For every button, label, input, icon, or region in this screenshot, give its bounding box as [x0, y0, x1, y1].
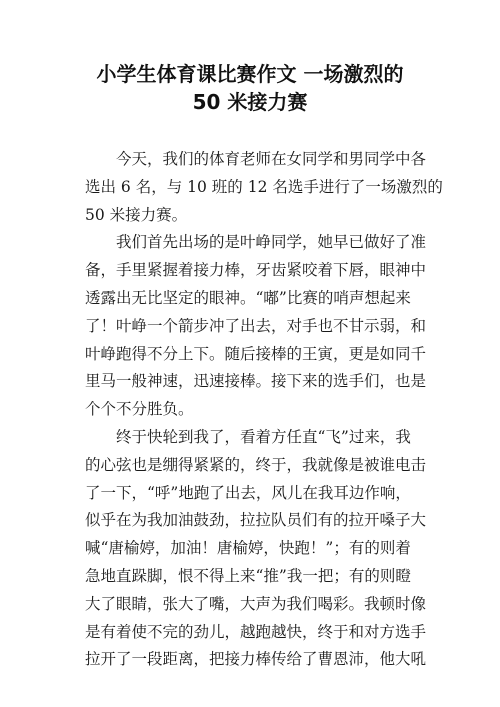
text-line: 是有着使不完的劲儿，越跑越快，终于和对方选手: [85, 619, 421, 647]
text-line: 了！叶峥一个箭步冲了出去，对手也不甘示弱，和: [85, 313, 421, 341]
paragraph-3: 终于快轮到我了，看着方任直“飞”过来，我 的心弦也是绷得紧紧的，终于，我就像是被…: [85, 424, 421, 674]
text-line: 备，手里紧握着接力棒，牙齿紧咬着下唇，眼神中: [85, 257, 421, 285]
text-line: 个个不分胜负。: [85, 396, 421, 424]
text-line: 50 米接力赛。: [85, 202, 421, 230]
document-title: 小学生体育课比赛作文 一场激烈的 50 米接力赛: [0, 60, 500, 116]
text-line: 叶峥跑得不分上下。随后接棒的王寅，更是如同千: [85, 341, 421, 369]
text-line: 里马一般神速，迅速接棒。接下来的选手们，也是: [85, 368, 421, 396]
paragraph-1: 今天，我们的体育老师在女同学和男同学中各 选出 6 名，与 10 班的 12 名…: [85, 146, 421, 229]
title-line-1: 小学生体育课比赛作文 一场激烈的: [0, 60, 500, 88]
text-line: 急地直跺脚，恨不得上来“推”我一把；有的则瞪: [85, 563, 421, 591]
document-page: 小学生体育课比赛作文 一场激烈的 50 米接力赛 今天，我们的体育老师在女同学和…: [0, 0, 500, 707]
text-line: 拉开了一段距离，把接力棒传给了曹恩沛，他大吼: [85, 646, 421, 674]
text-line: 今天，我们的体育老师在女同学和男同学中各: [85, 146, 421, 174]
text-line: 喊“唐榆婷，加油！唐榆婷，快跑！”；有的则着: [85, 535, 421, 563]
text-line: 似乎在为我加油鼓劲，拉拉队员们有的拉开嗓子大: [85, 507, 421, 535]
text-line: 我们首先出场的是叶峥同学，她早已做好了准: [85, 229, 421, 257]
title-line-2: 50 米接力赛: [0, 88, 500, 116]
text-line: 透露出无比坚定的眼神。“嘟”比赛的哨声想起来: [85, 285, 421, 313]
text-line: 了一下，“呼”地跑了出去，风儿在我耳边作响，: [85, 480, 421, 508]
text-line: 终于快轮到我了，看着方任直“飞”过来，我: [85, 424, 421, 452]
text-line: 选出 6 名，与 10 班的 12 名选手进行了一场激烈的: [85, 174, 421, 202]
paragraph-2: 我们首先出场的是叶峥同学，她早已做好了准 备，手里紧握着接力棒，牙齿紧咬着下唇，…: [85, 229, 421, 424]
document-body: 今天，我们的体育老师在女同学和男同学中各 选出 6 名，与 10 班的 12 名…: [85, 146, 421, 674]
text-line: 大了眼睛，张大了嘴，大声为我们喝彩。我顿时像: [85, 591, 421, 619]
text-line: 的心弦也是绷得紧紧的，终于，我就像是被谁电击: [85, 452, 421, 480]
